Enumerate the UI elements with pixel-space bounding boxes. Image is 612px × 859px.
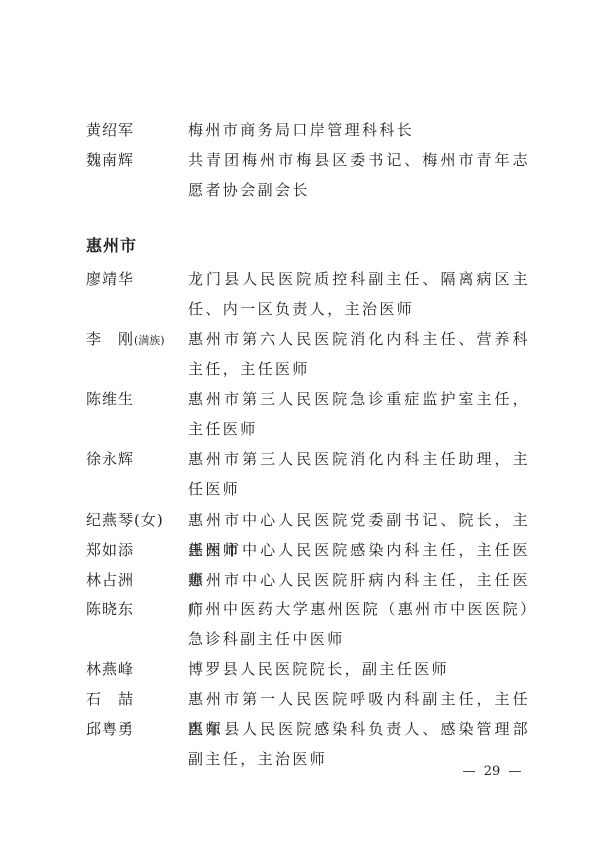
person-name: 纪燕琴(女) [86, 505, 186, 535]
page-number: — 29 — [452, 762, 532, 782]
ethnicity-note: (满族) [134, 334, 165, 347]
person-name: 陈维生 [86, 384, 186, 414]
person-name: 邱粤勇 [86, 714, 186, 744]
document-page: 黄绍军 梅州市商务局口岸管理科科长 魏南辉 共青团梅州市梅县区委书记、梅州市青年… [0, 0, 612, 859]
person-title: 梅州市商务局口岸管理科科长 [188, 115, 530, 145]
person-title: 共青团梅州市梅县区委书记、梅州市青年志愿者协会副会长 [188, 145, 530, 205]
person-title: 广州中医药大学惠州医院（惠州市中医医院）急诊科副主任中医师 [188, 594, 530, 654]
person-name: 李 刚(满族) [86, 324, 186, 356]
person-name: 徐永辉 [86, 444, 186, 474]
person-name-text: 李 刚 [86, 330, 134, 348]
person-name: 林燕峰 [86, 654, 186, 684]
person-title: 惠州市第三人民医院消化内科主任助理，主任医师 [188, 444, 530, 504]
person-title: 博罗县人民医院院长，副主任医师 [188, 654, 530, 684]
person-name: 廖靖华 [86, 264, 186, 294]
person-name: 石 喆 [86, 684, 186, 714]
person-title: 龙门县人民医院质控科副主任、隔离病区主任、内一区负责人，主治医师 [188, 264, 530, 324]
person-title: 惠州市第三人民医院急诊重症监护室主任，主任医师 [188, 384, 530, 444]
person-name: 陈晓东 [86, 594, 186, 624]
person-name: 郑如添 [86, 535, 186, 565]
person-name: 黄绍军 [86, 115, 186, 145]
person-title: 惠州市第六人民医院消化内科主任、营养科主任，主任医师 [188, 324, 530, 384]
section-heading: 惠州市 [86, 231, 137, 261]
person-name: 魏南辉 [86, 145, 186, 175]
person-name: 林占洲 [86, 565, 186, 595]
